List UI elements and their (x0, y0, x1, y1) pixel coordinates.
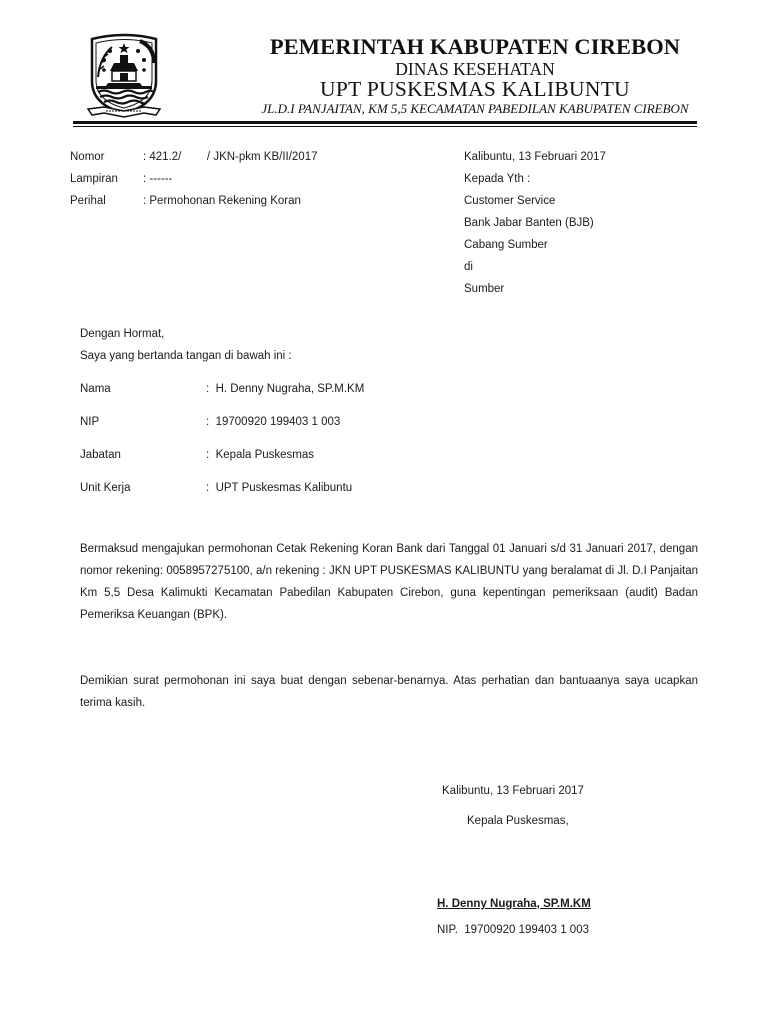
identity-label-nama: Nama (80, 382, 111, 396)
letter-page: PEMERINTAH KABUPATEN CIREBON DINAS KESEH… (0, 0, 768, 1024)
signature-place-date: Kalibuntu, 13 Februari 2017 (442, 784, 584, 798)
signature-position: Kepala Puskesmas, (467, 814, 569, 828)
body-paragraph-request: Bermaksud mengajukan permohonan Cetak Re… (80, 538, 698, 626)
identity-label-nip: NIP (80, 415, 99, 429)
signature-name: H. Denny Nugraha, SP.M.KM (437, 897, 591, 911)
meta-label-nomor: Nomor (70, 150, 105, 164)
recipient-place-date: Kalibuntu, 13 Februari 2017 (464, 150, 606, 164)
signature-nip: NIP. 19700920 199403 1 003 (437, 923, 589, 937)
recipient-line: Bank Jabar Banten (BJB) (464, 216, 594, 230)
meta-value-perihal: : Permohonan Rekening Koran (143, 194, 301, 208)
identity-value-unit-kerja: : UPT Puskesmas Kalibuntu (206, 481, 352, 495)
identity-value-jabatan: : Kepala Puskesmas (206, 448, 314, 462)
letterhead-government-title: PEMERINTAH KABUPATEN CIREBON (180, 34, 768, 60)
header-divider-thick (73, 121, 697, 124)
meta-value-nomor: : 421.2/ / JKN-pkm KB/II/2017 (143, 150, 318, 164)
letterhead-unit-name: UPT PUSKESMAS KALIBUNTU (180, 77, 768, 102)
salutation: Dengan Hormat, (80, 327, 164, 341)
header-divider-thin (73, 126, 697, 127)
recipient-line: Cabang Sumber (464, 238, 548, 252)
identity-value-nip: : 19700920 199403 1 003 (206, 415, 340, 429)
recipient-line: Sumber (464, 282, 504, 296)
meta-value-lampiran: : ------ (143, 172, 172, 186)
identity-label-jabatan: Jabatan (80, 448, 121, 462)
recipient-line: Kepada Yth : (464, 172, 530, 186)
body-paragraph-closing: Demikian surat permohonan ini saya buat … (80, 670, 698, 714)
recipient-line: di (464, 260, 473, 274)
recipient-line: Customer Service (464, 194, 555, 208)
identity-label-unit-kerja: Unit Kerja (80, 481, 131, 495)
identity-value-nama: : H. Denny Nugraha, SP.M.KM (206, 382, 364, 396)
coat-of-arms-logo-icon (84, 33, 164, 119)
letterhead-address: JL.D.I PANJAITAN, KM 5,5 KECAMATAN PABED… (180, 101, 768, 117)
meta-label-perihal: Perihal (70, 194, 106, 208)
intro-line: Saya yang bertanda tangan di bawah ini : (80, 349, 292, 363)
meta-label-lampiran: Lampiran (70, 172, 118, 186)
